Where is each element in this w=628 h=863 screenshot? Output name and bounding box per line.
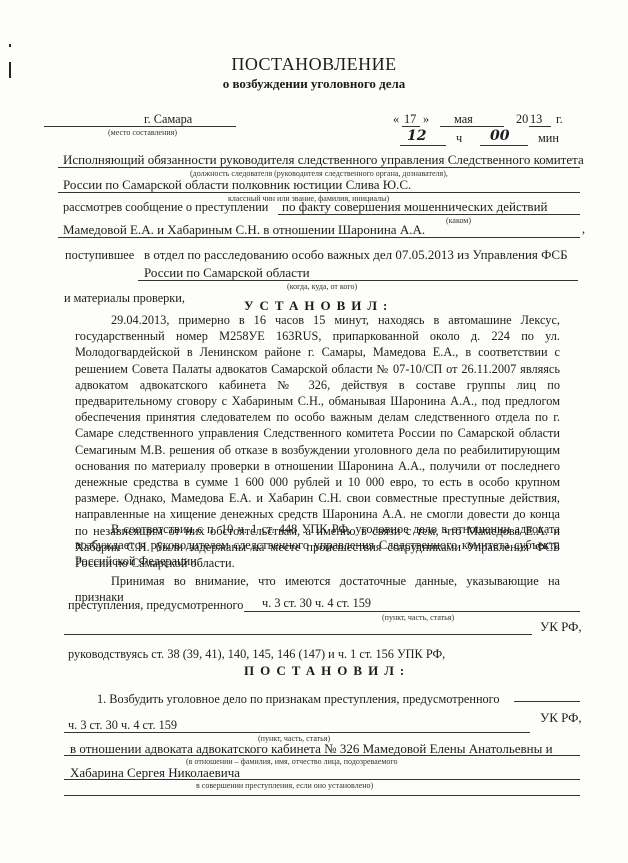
guided-by-text: руководствуясь ст. 38 (39, 41), 140, 145… [68,647,445,662]
official-underline2 [58,192,580,193]
document-title: ПОСТАНОВЛЕНИЕ [0,54,628,75]
resolved-item1-trailing-underline [514,701,580,702]
crime-article-caption: (пункт, часть, статья) [382,613,454,622]
resolved-item1-article: ч. 3 ст. 30 ч. 4 ст. 159 [68,718,177,733]
resolved-item1-underline [64,732,530,733]
date-year-prefix: 20 [516,112,528,127]
document-subtitle: о возбуждении уголовного дела [0,76,628,92]
report-value1: по факту совершения мошеннических действ… [282,199,547,215]
report-trailing: , [582,222,585,237]
report-underline2 [58,237,580,238]
official-underline1 [58,167,580,168]
resolved-heading: ПОСТАНОВИЛ: [244,663,410,679]
official-line1: Исполняющий обязанности руководителя сле… [63,152,584,168]
received-underline [138,280,578,281]
date-year-suffix: 13 [530,112,542,127]
suspect-underline2 [64,779,580,780]
report-label: рассмотрев сообщение о преступлении [63,200,268,215]
crime-article-value: ч. 3 ст. 30 ч. 4 ст. 159 [262,596,371,611]
official-line2: России по Самарской области полковник юс… [63,177,411,193]
resolved-item1-code: УК РФ, [540,710,582,726]
date-day-underline [402,126,420,127]
date-close-quote: » [423,112,429,127]
received-value1: в отдел по расследованию особо важных де… [144,247,568,263]
established-paragraph2-text: В соответствии с п. 10 ч. 1 ст. 448 УПК … [75,522,560,568]
time-minute-unit: мин [538,131,559,146]
time-minute-underline [480,145,528,146]
date-month-underline [440,126,504,127]
report-caption: (каком) [446,216,471,225]
crime-article-underline2 [64,634,532,635]
received-value2: России по Самарской области [144,265,310,281]
date-year-underline [529,126,551,127]
place-value: г. Самара [144,112,192,127]
received-caption: (когда, куда, от кого) [287,282,357,291]
date-year-unit: г. [556,112,563,127]
received-label: поступившее [65,248,134,263]
suspect-underline3 [64,795,580,796]
date-open-quote: « [393,112,399,127]
report-value2: Мамедовой Е.А. и Хабариным С.Н. в отноше… [63,222,425,238]
date-month: мая [454,112,473,127]
crime-article-label: преступления, предусмотренного [68,598,243,613]
materials-text: и материалы проверки, [64,291,185,306]
place-caption: (место составления) [108,128,177,137]
place-underline [44,126,236,127]
time-hour: 12 [407,128,426,144]
time-minute: 00 [490,128,509,144]
established-paragraph2: В соответствии с п. 10 ч. 1 ст. 448 УПК … [75,521,560,570]
time-hour-underline [400,145,446,146]
margin-mark [9,44,11,47]
suspect-underline1 [64,755,580,756]
suspect-caption2: в совершении преступления, если оно уста… [196,781,373,790]
time-hour-unit: ч [456,131,462,146]
crime-article-code: УК РФ, [540,619,582,635]
report-underline1 [278,214,580,215]
date-day: 17 [404,112,416,127]
crime-article-underline [244,611,580,612]
resolved-item1-text: 1. Возбудить уголовное дело по признакам… [97,692,500,707]
